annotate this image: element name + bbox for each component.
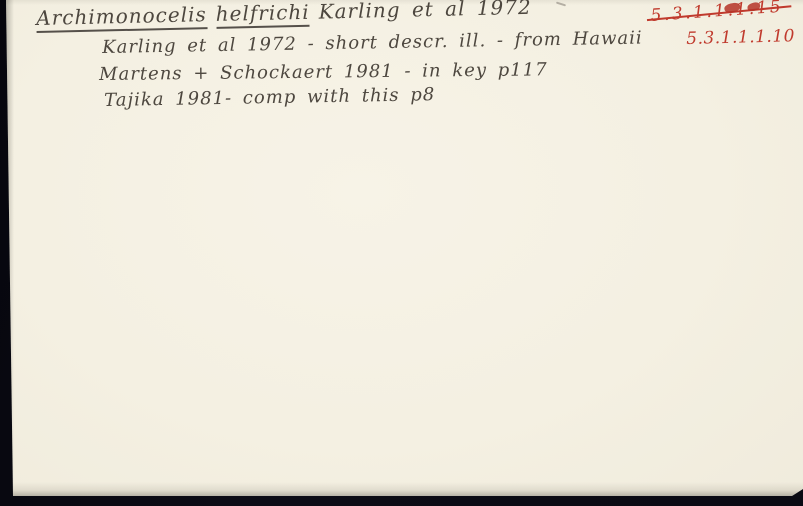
species-name: helfrichi bbox=[215, 0, 310, 29]
note-line-2: Martens + Schockaert 1981 - in key p117 bbox=[99, 59, 548, 85]
note-line-3: Tajika 1981- comp with this p8 bbox=[104, 84, 435, 111]
old-catalog-number: 5.3.1.1.1.15 bbox=[650, 0, 784, 26]
species-heading: ArchimonocelishelfrichiKarling et al 197… bbox=[36, 0, 532, 33]
catalog-number: 5.3.1.1.1.10 bbox=[686, 26, 795, 49]
index-card: ArchimonocelishelfrichiKarling et al 197… bbox=[0, 0, 803, 506]
card-bottom-edge-shadow bbox=[10, 482, 803, 496]
authority-text: Karling et al 1972 bbox=[318, 0, 532, 24]
note-line-1: Karling et al 1972 - short descr. ill. -… bbox=[102, 28, 643, 58]
genus-name: Archimonocelis bbox=[36, 2, 207, 33]
